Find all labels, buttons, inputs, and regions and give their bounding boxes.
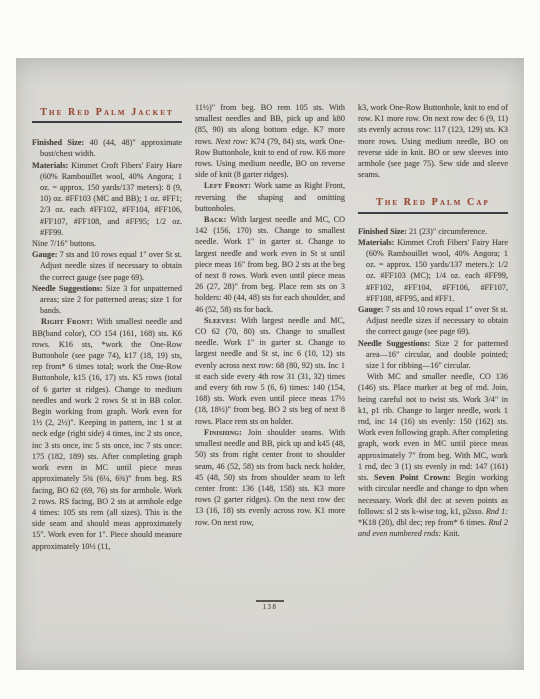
paragraph: Back: With largest needle and MC, CO 142… (195, 214, 345, 315)
jacket-title: The Red Palm Jacket (32, 107, 182, 123)
paragraph: Gauge: 7 sts and 10 rows equal 1" over S… (358, 304, 508, 338)
paragraph: With MC and smaller needle, CO 136 (146)… (358, 371, 508, 539)
scanned-book-page: The Red Palm JacketFinished Size: 40 (44… (16, 58, 524, 670)
page-footer: 138 (16, 600, 524, 611)
page-number-rule (256, 600, 284, 602)
paragraph: Finishing: Join shoulder seams. With sma… (195, 427, 345, 528)
paragraph: Gauge: 7 sts and 10 rows equal 1" over S… (32, 249, 182, 283)
paragraph: Materials: Kimmet Croft Fibers' Fairy Ha… (358, 237, 508, 304)
paragraph: Finished Size: 21 (23)" circumference. (358, 226, 508, 237)
paragraph: Needle Suggestions: Size 3 for unpattern… (32, 283, 182, 317)
paragraph: Sleeves: With largest needle and MC, CO … (195, 315, 345, 427)
text-column-2: 11½)" from beg. BO rem 105 sts. With sma… (195, 102, 345, 552)
text-column-3: k3, work One-Row Buttonhole, knit to end… (358, 102, 508, 552)
paragraph: 11½)" from beg. BO rem 105 sts. With sma… (195, 102, 345, 180)
cap-title: The Red Palm Cap (358, 197, 508, 213)
paragraph: Right Front: With smallest needle and BB… (32, 316, 182, 551)
paragraph: Nine 7/16" buttons. (32, 238, 182, 249)
paragraph: Materials: Kimmet Croft Fibers' Fairy Ha… (32, 160, 182, 238)
paragraph: Needle Suggestions: Size 2 for patterned… (358, 338, 508, 372)
page-number: 138 (16, 604, 524, 611)
paragraph: k3, work One-Row Buttonhole, knit to end… (358, 102, 508, 180)
paragraph: Left Front: Work same as Right Front, re… (195, 180, 345, 214)
paragraph: Finished Size: 40 (44, 48)" approximate … (32, 137, 182, 159)
text-column-1: The Red Palm JacketFinished Size: 40 (44… (32, 102, 182, 552)
text-columns: The Red Palm JacketFinished Size: 40 (44… (32, 102, 508, 552)
